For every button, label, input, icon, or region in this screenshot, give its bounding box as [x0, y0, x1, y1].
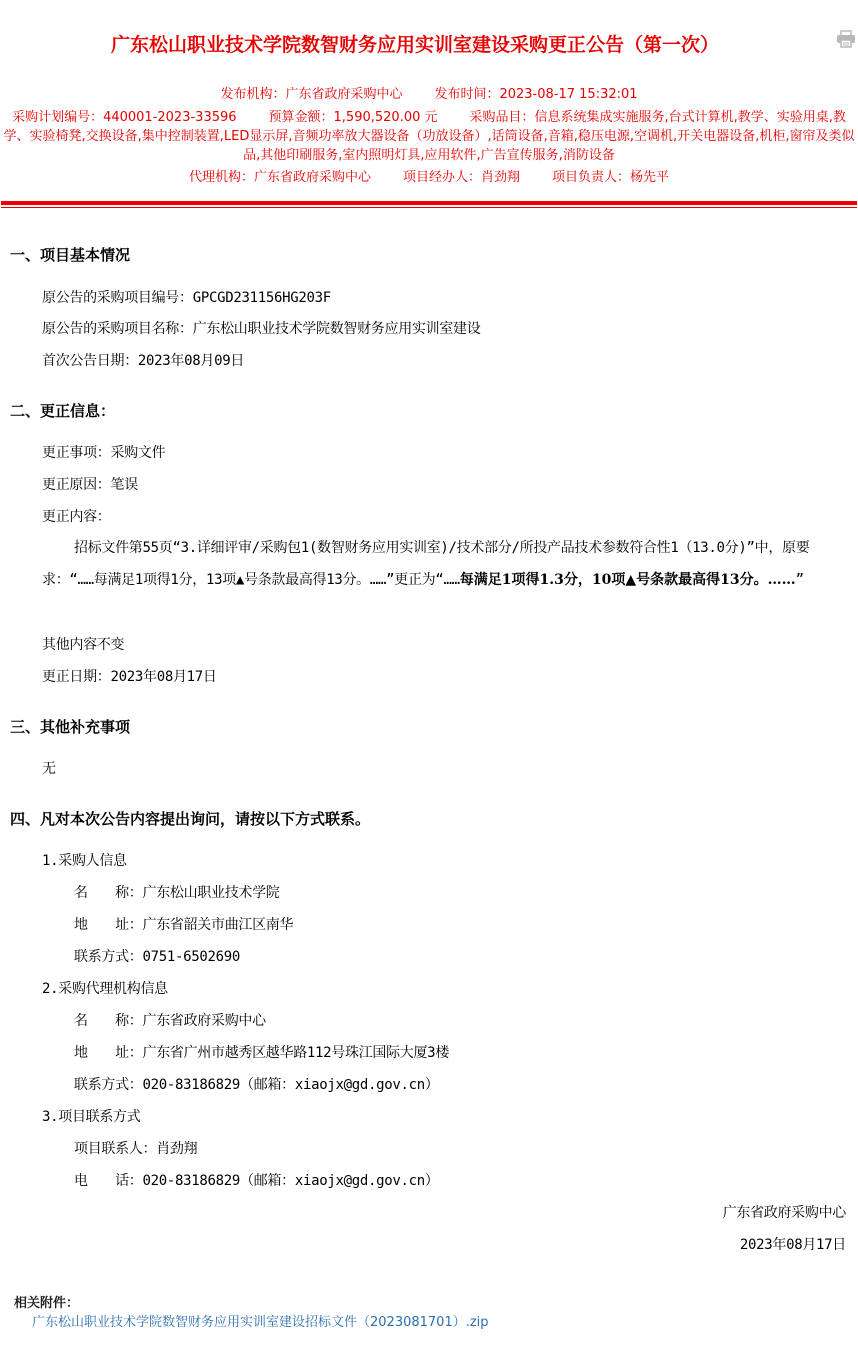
label: 电 话： [74, 1173, 143, 1189]
value: 肖劲翔 [156, 1141, 197, 1157]
purchaser-address: 地 址：广东省韶关市曲江区南华 [74, 914, 293, 934]
publish-time: 发布时间：2023-08-17 15:32:01 [434, 87, 637, 102]
original-project-number: 原公告的采购项目编号：GPCGD231156HG203F [42, 287, 331, 307]
value: 020-83186829（邮箱：xiaojx@gd.gov.cn） [143, 1077, 439, 1093]
label: 项目联系人： [74, 1141, 156, 1157]
budget-amount: 预算金额：1,590,520.00 元 [269, 110, 438, 125]
correction-content: 招标文件第55页“3.详细评审/采购包1(数智财务应用实训室)/技术部分/所投产… [42, 532, 852, 596]
agency: 代理机构：广东省政府采购中心 [189, 170, 371, 185]
correction-content-end: ” [796, 572, 804, 588]
printer-icon[interactable] [836, 30, 856, 48]
value: 020-83186829（邮箱：xiaojx@gd.gov.cn） [143, 1173, 439, 1189]
value: 广东省政府采购中心 [143, 1013, 266, 1029]
value: 0751-6502690 [143, 949, 241, 965]
agency-info: 代理机构：广东省政府采购中心项目经办人：肖劲翔项目负责人：杨先平 [0, 168, 858, 187]
first-notice-date: 首次公告日期：2023年08月09日 [42, 350, 244, 370]
plan-number: 采购计划编号：440001-2023-33596 [12, 110, 236, 125]
label: 联系方式： [74, 949, 143, 965]
handler: 项目经办人：肖劲翔 [403, 170, 520, 185]
supplementary-body: 无 [42, 758, 56, 778]
correction-content-label: 更正内容： [42, 506, 111, 526]
value: 广东松山职业技术学院 [143, 885, 280, 901]
project-contact-person: 项目联系人：肖劲翔 [74, 1138, 197, 1158]
signature-org: 广东省政府采购中心 [723, 1202, 846, 1222]
label: 名 称： [74, 885, 143, 901]
label: 联系方式： [74, 1077, 143, 1093]
original-project-name: 原公告的采购项目名称：广东松山职业技术学院数智财务应用实训室建设 [42, 318, 480, 338]
correction-item: 更正事项：采购文件 [42, 442, 165, 462]
publisher: 发布机构：广东省政府采购中心 [220, 87, 402, 102]
section-heading-supplementary: 三、其他补充事项 [10, 716, 130, 737]
agency-address: 地 址：广东省广州市越秀区越华路112号珠江国际大厦3楼 [74, 1042, 449, 1062]
agency-contact: 联系方式：020-83186829（邮箱：xiaojx@gd.gov.cn） [74, 1074, 439, 1094]
label: 名 称： [74, 1013, 143, 1029]
purchaser-contact: 联系方式：0751-6502690 [74, 946, 240, 966]
header-divider-thin [1, 207, 857, 208]
header-divider-thick [1, 201, 857, 205]
project-manager: 项目负责人：杨先平 [552, 170, 669, 185]
other-content-unchanged: 其他内容不变 [42, 634, 124, 654]
section-heading-basic-info: 一、项目基本情况 [10, 244, 130, 265]
purchaser-name: 名 称：广东松山职业技术学院 [74, 882, 280, 902]
label: 地 址： [74, 917, 143, 933]
purchaser-info-title: 1.采购人信息 [42, 850, 127, 870]
section-heading-contact: 四、凡对本次公告内容提出询问，请按以下方式联系。 [10, 808, 370, 829]
page-title: 广东松山职业技术学院数智财务应用实训室建设采购更正公告（第一次） [0, 30, 830, 57]
section-heading-correction: 二、更正信息： [10, 400, 115, 421]
signature-date: 2023年08月17日 [740, 1234, 846, 1254]
correction-reason: 更正原因：笔误 [42, 474, 138, 494]
label: 地 址： [74, 1045, 143, 1061]
attachment-link[interactable]: 广东松山职业技术学院数智财务应用实训室建设招标文件（2023081701）.zi… [32, 1311, 489, 1330]
procurement-meta: 采购计划编号：440001-2023-33596预算金额：1,590,520.0… [0, 108, 858, 165]
agency-name: 名 称：广东省政府采购中心 [74, 1010, 266, 1030]
agency-info-title: 2.采购代理机构信息 [42, 978, 168, 998]
value: 广东省广州市越秀区越华路112号珠江国际大厦3楼 [143, 1045, 450, 1061]
correction-content-emphasis: 每满足1项得1.3分，10项▲号条款最高得13分。…… [460, 572, 796, 588]
attachments-label: 相关附件： [14, 1292, 79, 1311]
value: 广东省韶关市曲江区南华 [143, 917, 294, 933]
project-contact-title: 3.项目联系方式 [42, 1106, 140, 1126]
publish-info: 发布机构：广东省政府采购中心发布时间：2023-08-17 15:32:01 [0, 85, 858, 104]
project-contact-phone: 电 话：020-83186829（邮箱：xiaojx@gd.gov.cn） [74, 1170, 439, 1190]
correction-date: 更正日期：2023年08月17日 [42, 666, 217, 686]
